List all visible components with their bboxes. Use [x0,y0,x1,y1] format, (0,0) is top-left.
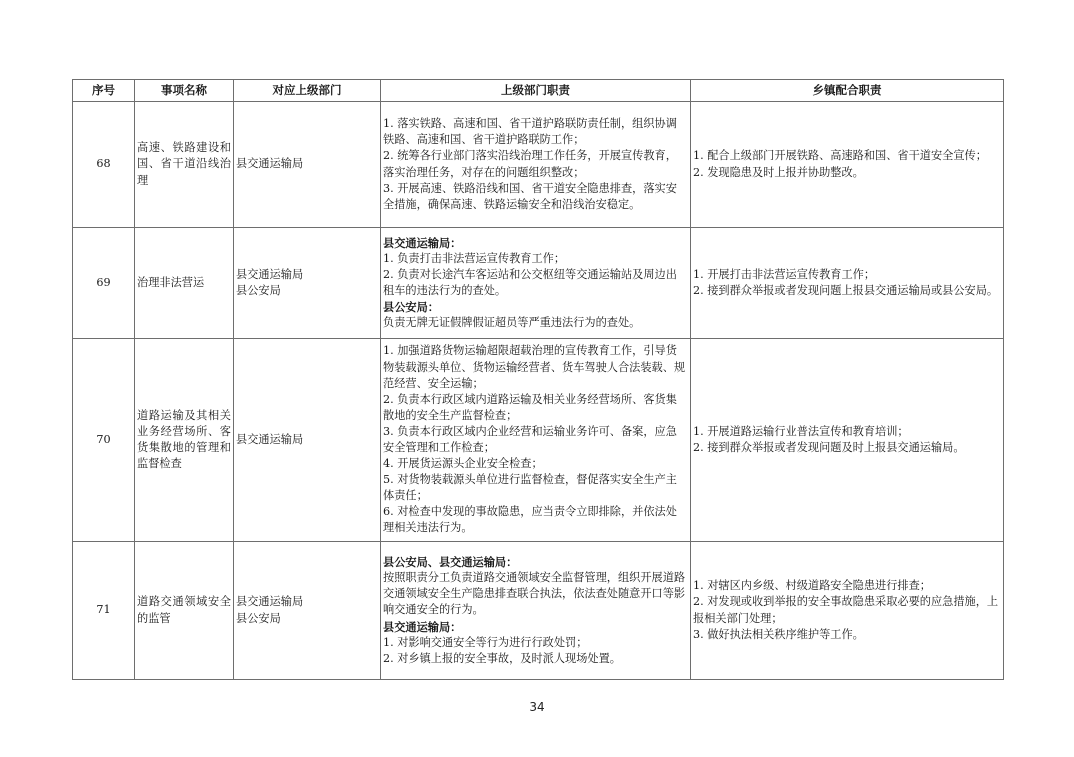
header-superior-department: 对应上级部门 [234,80,381,102]
page-number: 34 [0,700,1074,714]
serial-number: 68 [73,102,135,228]
table-row: 70 道路运输及其相关业务经营场所、客货集散地的管理和监督检查 县交通运输局 1… [73,339,1004,542]
duty-heading: 县交通运输局： [383,235,688,251]
township-duty-item: 1. 配合上级部门开展铁路、高速路和国、省干道安全宣传； [693,148,1001,164]
duty-item: 3. 负责本行政区域内企业经营和运输业务许可、备案，应急安全管理和工作检查； [383,424,688,456]
header-serial-number: 序号 [73,80,135,102]
header-superior-duties: 上级部门职责 [381,80,691,102]
superior-departments: 县交通运输局 县公安局 [234,228,381,339]
superior-duties: 县公安局、县交通运输局： 按照职责分工负责道路交通领域安全监督管理，组织开展道路… [381,542,691,680]
township-duties: 1. 开展道路运输行业普法宣传和教育培训； 2. 接到群众举报或者发现问题及时上… [691,339,1004,542]
department: 县交通运输局 [236,432,378,448]
duty-item: 2. 负责本行政区域内道路运输及相关业务经营场所、客货集散地的安全生产监督检查； [383,392,688,424]
township-duty-item: 1. 对辖区内乡级、村级道路安全隐患进行排查； [693,578,1001,594]
header-item-name: 事项名称 [135,80,234,102]
header-township-duties: 乡镇配合职责 [691,80,1004,102]
duty-table: 序号 事项名称 对应上级部门 上级部门职责 乡镇配合职责 68 高速、铁路建设和… [72,79,1004,680]
duty-item: 1. 加强道路货物运输超限超载治理的宣传教育工作，引导货物装载源头单位、货物运输… [383,343,688,391]
superior-departments: 县交通运输局 [234,339,381,542]
duty-heading: 县公安局、县交通运输局： [383,554,688,570]
superior-departments: 县交通运输局 县公安局 [234,542,381,680]
serial-number: 71 [73,542,135,680]
duty-item: 负责无牌无证假牌假证超员等严重违法行为的查处。 [383,315,688,331]
township-duties: 1. 对辖区内乡级、村级道路安全隐患进行排查； 2. 对发现或收到举报的安全事故… [691,542,1004,680]
duty-item: 4. 开展货运源头企业安全检查； [383,456,688,472]
township-duties: 1. 开展打击非法营运宣传教育工作； 2. 接到群众举报或者发现问题上报县交通运… [691,228,1004,339]
township-duty-item: 2. 接到群众举报或者发现问题上报县交通运输局或县公安局。 [693,283,1001,299]
duty-item: 6. 对检查中发现的事故隐患，应当责令立即排除，并依法处理相关违法行为。 [383,504,688,536]
serial-number: 70 [73,339,135,542]
item-name: 治理非法营运 [135,228,234,339]
duty-heading: 县交通运输局： [383,619,688,635]
department: 县交通运输局 [236,267,378,283]
township-duty-item: 2. 接到群众举报或者发现问题及时上报县交通运输局。 [693,440,1001,456]
superior-duties: 县交通运输局： 1. 负责打击非法营运宣传教育工作； 2. 负责对长途汽车客运站… [381,228,691,339]
item-name: 高速、铁路建设和国、省干道沿线治理 [135,102,234,228]
township-duty-item: 2. 发现隐患及时上报并协助整改。 [693,165,1001,181]
duty-item: 1. 负责打击非法营运宣传教育工作； [383,251,688,267]
department: 县公安局 [236,283,378,299]
duty-item: 2. 统筹各行业部门落实沿线治理工作任务，开展宣传教育，落实治理任务，对存在的问… [383,148,688,180]
duty-item: 2. 对乡镇上报的安全事故，及时派人现场处置。 [383,651,688,667]
table-row: 71 道路交通领域安全的监管 县交通运输局 县公安局 县公安局、县交通运输局： … [73,542,1004,680]
township-duty-item: 1. 开展道路运输行业普法宣传和教育培训； [693,424,1001,440]
duty-item: 3. 开展高速、铁路沿线和国、省干道安全隐患排查，落实安全措施，确保高速、铁路运… [383,181,688,213]
table-header-row: 序号 事项名称 对应上级部门 上级部门职责 乡镇配合职责 [73,80,1004,102]
table-row: 68 高速、铁路建设和国、省干道沿线治理 县交通运输局 1. 落实铁路、高速和国… [73,102,1004,228]
duty-item: 5. 对货物装载源头单位进行监督检查，督促落实安全生产主体责任； [383,472,688,504]
table-row: 69 治理非法营运 县交通运输局 县公安局 县交通运输局： 1. 负责打击非法营… [73,228,1004,339]
serial-number: 69 [73,228,135,339]
superior-duties: 1. 落实铁路、高速和国、省干道护路联防责任制，组织协调铁路、高速和国、省干道护… [381,102,691,228]
superior-duties: 1. 加强道路货物运输超限超载治理的宣传教育工作，引导货物装载源头单位、货物运输… [381,339,691,542]
department: 县公安局 [236,611,378,627]
duty-heading: 县公安局： [383,299,688,315]
department: 县交通运输局 [236,156,378,172]
township-duty-item: 2. 对发现或收到举报的安全事故隐患采取必要的应急措施，上报相关部门处理； [693,594,1001,626]
superior-departments: 县交通运输局 [234,102,381,228]
duty-item: 2. 负责对长途汽车客运站和公交枢纽等交通运输站及周边出租车的违法行为的查处。 [383,267,688,299]
item-name: 道路运输及其相关业务经营场所、客货集散地的管理和监督检查 [135,339,234,542]
item-name: 道路交通领域安全的监管 [135,542,234,680]
duty-item: 1. 对影响交通安全等行为进行行政处罚； [383,635,688,651]
duty-item: 按照职责分工负责道路交通领域安全监督管理，组织开展道路交通领域安全生产隐患排查联… [383,570,688,618]
department: 县交通运输局 [236,594,378,610]
township-duty-item: 1. 开展打击非法营运宣传教育工作； [693,267,1001,283]
duty-item: 1. 落实铁路、高速和国、省干道护路联防责任制，组织协调铁路、高速和国、省干道护… [383,116,688,148]
township-duties: 1. 配合上级部门开展铁路、高速路和国、省干道安全宣传； 2. 发现隐患及时上报… [691,102,1004,228]
township-duty-item: 3. 做好执法相关秩序维护等工作。 [693,627,1001,643]
